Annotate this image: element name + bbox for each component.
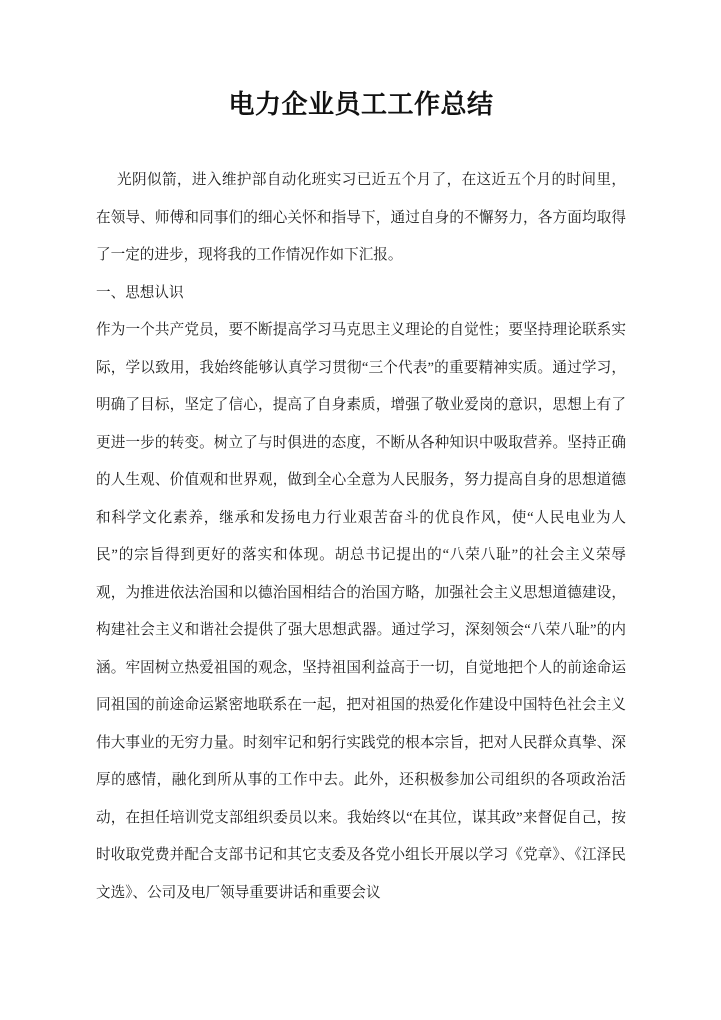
section-heading: 一、思想认识 bbox=[96, 275, 626, 313]
body-paragraph: 作为一个共产党员，要不断提高学习马克思主义理论的自觉性；要坚持理论联系实际，学以… bbox=[96, 312, 626, 912]
intro-paragraph: 光阴似箭，进入维护部自动化班实习已近五个月了，在这近五个月的时间里，在领导、师傅… bbox=[96, 162, 626, 275]
document-page: 电力企业员工工作总结 光阴似箭，进入维护部自动化班实习已近五个月了，在这近五个月… bbox=[0, 0, 721, 1020]
document-title: 电力企业员工工作总结 bbox=[96, 86, 626, 124]
